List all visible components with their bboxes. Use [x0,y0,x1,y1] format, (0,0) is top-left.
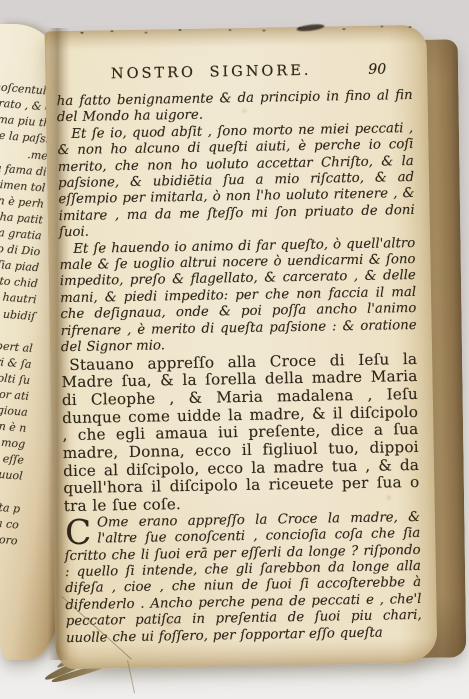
book-photo: Lne conoſcentuleſperato , & oDio , ma pi… [0,0,469,699]
page-edge-soil [80,32,83,34]
paragraph-come-erano-text: Ome erano appreſſo la Croce la madre, & … [64,510,421,646]
book-page: NOSTRO SIGNORE. 90 ha fatto benignamente… [44,25,437,670]
paragraph-come-erano: COme erano appreſſo la Croce la madre, &… [64,510,422,647]
paragraph-et-se-hauendo: Et ſe hauendo io animo di far queſto, ò … [59,236,417,357]
page-content: NOSTRO SIGNORE. 90 ha fatto benignamente… [56,61,422,647]
page-header: NOSTRO SIGNORE. 90 [56,61,412,91]
running-title: NOSTRO SIGNORE. [56,62,366,83]
paragraph-et-se-io: Et ſe io, quod abſit , ſono morto ne mie… [57,121,415,242]
page-number: 90 [368,61,386,77]
paragraph-stauano: Stauano appreſſo alla Croce di Ieſu la M… [61,350,420,516]
drop-cap: C [64,515,98,548]
